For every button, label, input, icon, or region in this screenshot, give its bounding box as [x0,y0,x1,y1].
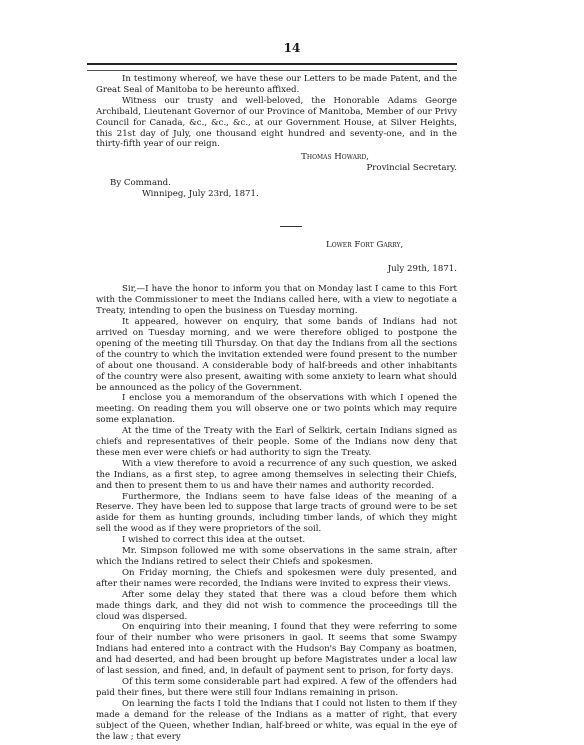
letter-paragraph: I wished to correct this idea at the out… [96,535,457,546]
letter-paragraph: Furthermore, the Indians seem to have fa… [96,492,457,536]
letter-date-text: July 29th, 1871. [388,264,457,275]
letter-paragraph: Sir,—I have the honor to inform you that… [96,284,457,317]
letter-paragraph: With a view therefore to avoid a recurre… [96,459,457,492]
page-body: In testimony whereof, we have these our … [96,74,457,742]
letter-place-text: Lower Fort Garry, [326,240,403,251]
section-divider [96,214,457,240]
letter-paragraph: At the time of the Treaty with the Earl … [96,426,457,459]
letter-paragraph: After some delay they stated that there … [96,590,457,623]
by-command: By Command. [110,178,171,189]
letter-paragraph: I enclose you a memorandum of the observ… [96,393,457,426]
letter-paragraph: Of this term some considerable part had … [96,677,457,699]
letter-place: Lower Fort Garry, [96,240,457,264]
witness-paragraph: Witness our trusty and well-beloved, the… [96,96,457,151]
letter-paragraph: Mr. Simpson followed me with some observ… [96,546,457,568]
header-rule [87,63,457,71]
signatory-title: Provincial Secretary. [367,163,457,174]
command-block: By Command. Winnipeg, July 23rd, 1871. [96,178,457,214]
signatory-name: Thomas Howard, [301,152,369,163]
letter-paragraph: On learning the facts I told the Indians… [96,699,457,743]
letter-paragraph: It appeared, however on enquiry, that so… [96,317,457,393]
letter-date: July 29th, 1871. [96,264,457,284]
page-number: 14 [0,41,584,55]
letter-paragraph: On enquiring into their meaning, I found… [96,622,457,677]
letter-paragraph: On Friday morning, the Chiefs and spokes… [96,568,457,590]
issued-date: Winnipeg, July 23rd, 1871. [142,189,259,200]
testimony-paragraph: In testimony whereof, we have these our … [96,74,457,96]
